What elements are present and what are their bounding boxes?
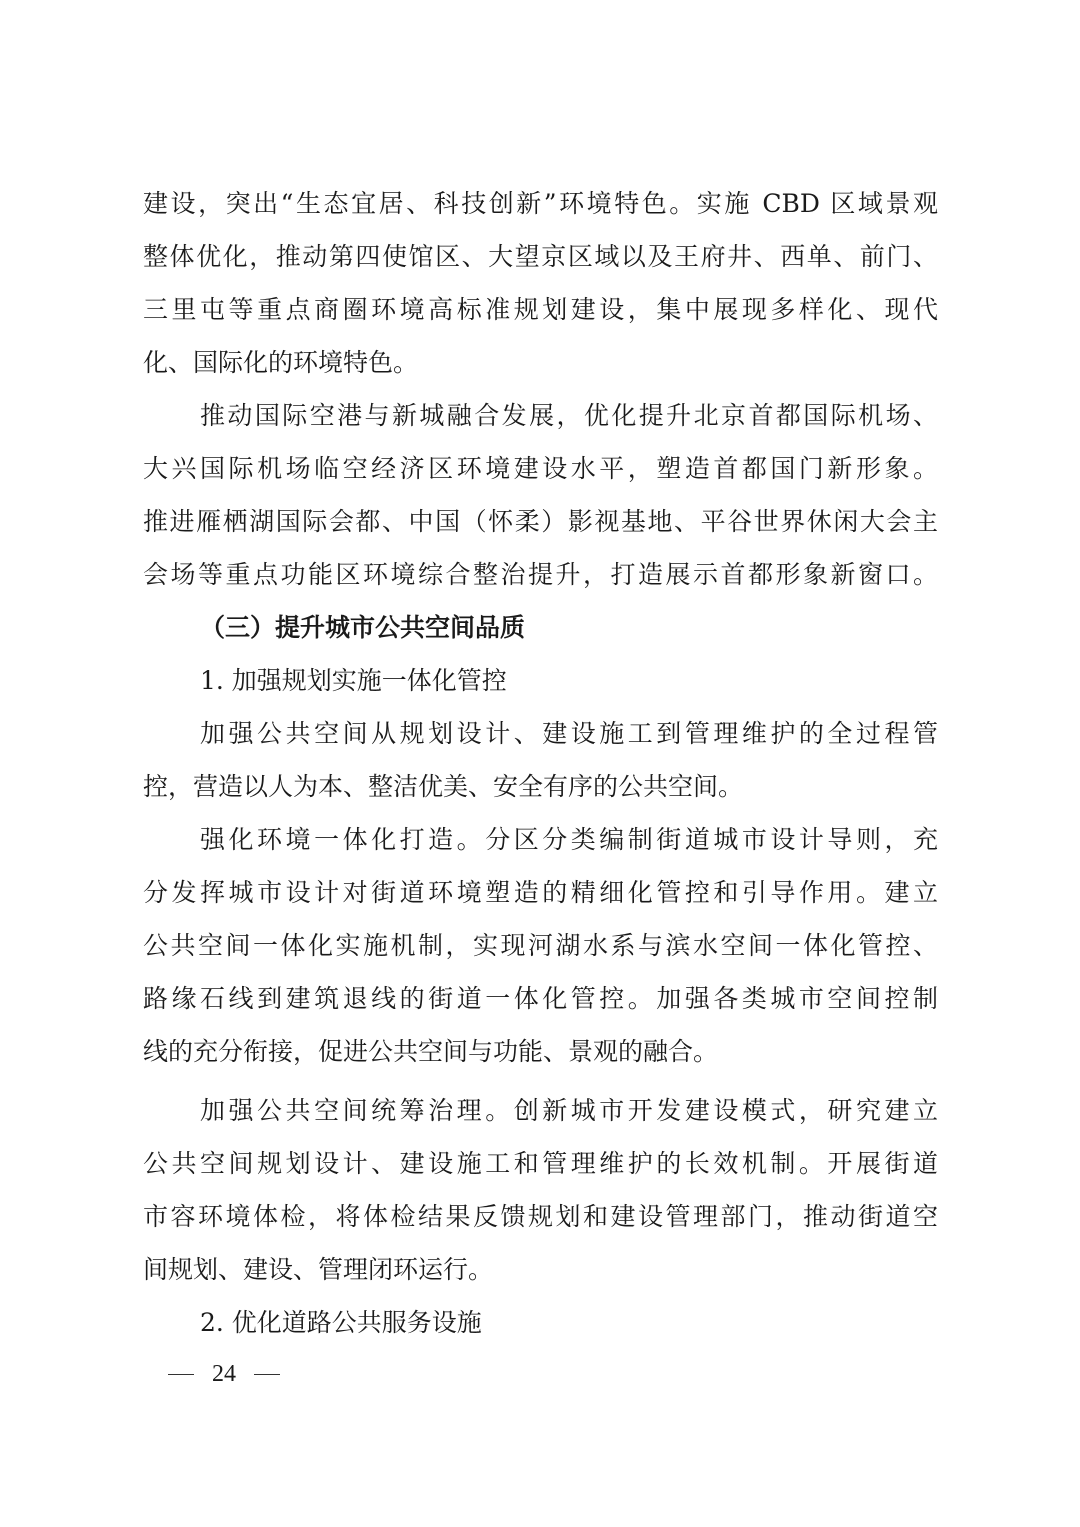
text-line: 2. 优化道路公共服务设施 xyxy=(200,1303,938,1343)
page-footer: 24 xyxy=(168,1358,280,1389)
text-line: 控，营造以人为本、整洁优美、安全有序的公共空间。 xyxy=(143,767,938,807)
text-line: 分发挥城市设计对街道环境塑造的精细化管控和引导作用。建立 xyxy=(143,873,938,913)
text-line: 公共空间规划设计、建设施工和管理维护的长效机制。开展街道 xyxy=(143,1144,938,1184)
text-line: 整体优化，推动第四使馆区、大望京区域以及王府井、西单、前门、 xyxy=(143,237,938,277)
text-line: 市容环境体检，将体检结果反馈规划和建设管理部门，推动街道空 xyxy=(143,1197,938,1237)
text-line: 会场等重点功能区环境综合整治提升，打造展示首都形象新窗口。 xyxy=(143,555,938,595)
text-line: 大兴国际机场临空经济区环境建设水平，塑造首都国门新形象。 xyxy=(143,449,938,489)
page-number: 24 xyxy=(212,1361,236,1387)
footer-dash-right xyxy=(254,1374,280,1375)
footer-dash-left xyxy=(168,1374,194,1375)
text-line: 推进雁栖湖国际会都、中国（怀柔）影视基地、平谷世界休闲大会主 xyxy=(143,502,938,542)
text-line: 三里屯等重点商圈环境高标准规划建设，集中展现多样化、现代 xyxy=(143,290,938,330)
text-line: 加强公共空间从规划设计、建设施工到管理维护的全过程管 xyxy=(200,714,938,754)
text-line: 强化环境一体化打造。分区分类编制街道城市设计导则，充 xyxy=(200,820,938,860)
document-page: 建设，突出“生态宜居、科技创新”环境特色。实施 CBD 区域景观整体优化，推动第… xyxy=(0,0,1080,1527)
text-line: 加强公共空间统筹治理。创新城市开发建设模式，研究建立 xyxy=(200,1091,938,1131)
text-line: 推动国际空港与新城融合发展，优化提升北京首都国际机场、 xyxy=(200,396,938,436)
text-line: 间规划、建设、管理闭环运行。 xyxy=(143,1250,938,1290)
text-line: 公共空间一体化实施机制，实现河湖水系与滨水空间一体化管控、 xyxy=(143,926,938,966)
section-heading: （三）提升城市公共空间品质 xyxy=(200,608,938,648)
text-line: 路缘石线到建筑退线的街道一体化管控。加强各类城市空间控制 xyxy=(143,979,938,1019)
text-line: 1. 加强规划实施一体化管控 xyxy=(200,661,938,701)
text-line: 线的充分衔接，促进公共空间与功能、景观的融合。 xyxy=(143,1032,938,1072)
text-line: 化、国际化的环境特色。 xyxy=(143,343,938,383)
text-line: 建设，突出“生态宜居、科技创新”环境特色。实施 CBD 区域景观 xyxy=(143,184,938,224)
